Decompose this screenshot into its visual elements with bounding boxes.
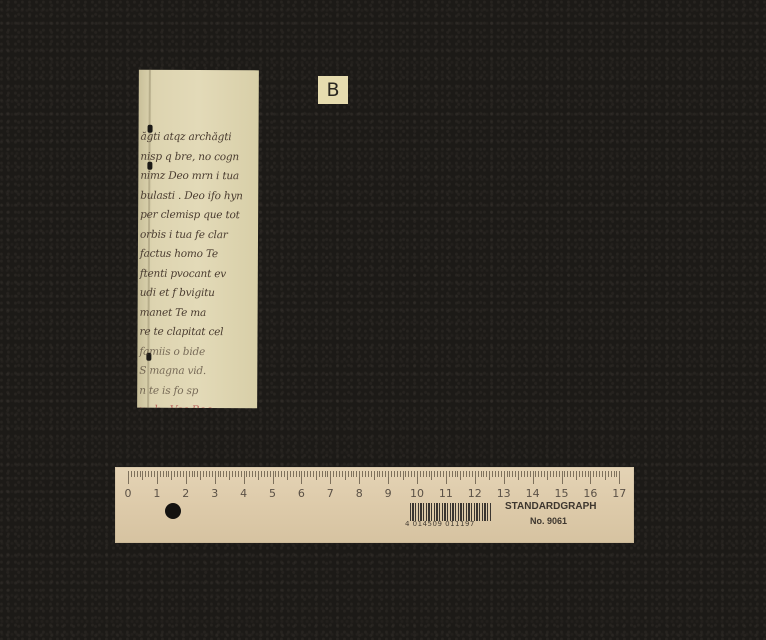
- ruler-number: 12: [468, 487, 482, 500]
- ruler-tick: [339, 471, 340, 477]
- ruler-tick: [325, 471, 326, 477]
- ruler-tick: [374, 471, 375, 480]
- ruler-tick: [605, 471, 606, 480]
- text-line: per clemisp que tot: [138, 206, 258, 226]
- specimen-label: B: [326, 79, 339, 101]
- ruler-number: 2: [182, 487, 189, 500]
- ruler-tick: [296, 471, 297, 477]
- ruler-tick: [313, 471, 314, 477]
- ruler-tick: [232, 471, 233, 477]
- ruler-tick: [258, 471, 259, 480]
- ruler-tick: [518, 471, 519, 480]
- ruler-tick: [180, 471, 181, 477]
- ruler-tick: [209, 471, 210, 477]
- ruler-tick: [140, 471, 141, 477]
- ruler-tick: [449, 471, 450, 477]
- ruler-tick: [478, 471, 479, 477]
- ruler-tick: [157, 471, 158, 484]
- ruler-tick: [596, 471, 597, 477]
- ruler-tick: [463, 471, 464, 477]
- ruler-tick: [134, 471, 135, 477]
- ruler-tick: [252, 471, 253, 477]
- ruler-tick: [327, 471, 328, 477]
- text-line: re te clapitat cel: [137, 323, 257, 343]
- ruler-tick: [365, 471, 366, 477]
- ruler-tick: [429, 471, 430, 477]
- ruler-tick: [148, 471, 149, 477]
- barcode: [410, 503, 492, 521]
- specimen-label-card: B: [318, 76, 348, 104]
- ruler-tick: [275, 471, 276, 477]
- ruler-tick: [501, 471, 502, 477]
- ruler-tick: [200, 471, 201, 480]
- ruler-tick: [212, 471, 213, 477]
- ruler-number: 9: [385, 487, 392, 500]
- ruler-tick: [203, 471, 204, 477]
- ruler-tick: [226, 471, 227, 477]
- ruler-tick: [466, 471, 467, 477]
- ruler-number: 5: [269, 487, 276, 500]
- ruler-number: 0: [125, 487, 132, 500]
- ruler-tick: [538, 471, 539, 477]
- ruler-tick: [553, 471, 554, 477]
- ruler-tick: [611, 471, 612, 477]
- ruler-tick: [215, 471, 216, 484]
- ruler-number: 6: [298, 487, 305, 500]
- ruler-number: 16: [583, 487, 597, 500]
- ruler-tick: [336, 471, 337, 477]
- ruler-number: 7: [327, 487, 334, 500]
- text-line: udi et f bvigitu: [138, 284, 258, 304]
- ruler-tick: [379, 471, 380, 477]
- ruler-model: No. 9061: [530, 516, 567, 526]
- ruler-tick: [151, 471, 152, 477]
- ruler-tick: [197, 471, 198, 477]
- ruler-tick: [437, 471, 438, 477]
- ruler-tick: [348, 471, 349, 477]
- ruler-tick: [255, 471, 256, 477]
- ruler-tick: [316, 471, 317, 480]
- ruler-number: 14: [526, 487, 540, 500]
- ruler-tick: [223, 471, 224, 477]
- ruler-tick: [498, 471, 499, 477]
- ruler-tick: [301, 471, 302, 484]
- ruler-tick: [469, 471, 470, 477]
- manuscript-text: ăgti atqz archăgti nisp q bre, no cogn…: [137, 128, 258, 409]
- ruler-tick: [507, 471, 508, 477]
- ruler-tick: [287, 471, 288, 480]
- ruler-tick: [504, 471, 505, 484]
- ruler-tick: [261, 471, 262, 477]
- scale-ruler: 01234567891011121314151617 4 014509 0111…: [115, 467, 634, 543]
- ruler-tick: [475, 471, 476, 484]
- ruler-tick: [388, 471, 389, 484]
- ruler-tick: [166, 471, 167, 477]
- barcode-number: 4 014509 011197: [405, 520, 475, 528]
- ruler-tick: [186, 471, 187, 484]
- ruler-tick: [590, 471, 591, 484]
- ruler-tick: [128, 471, 129, 484]
- ruler-tick: [417, 471, 418, 484]
- ruler-tick: [394, 471, 395, 477]
- ruler-tick: [495, 471, 496, 477]
- ruler-tick: [368, 471, 369, 477]
- ruler-tick: [434, 471, 435, 477]
- ruler-tick: [411, 471, 412, 477]
- ruler-tick: [582, 471, 583, 477]
- ruler-tick: [174, 471, 175, 477]
- ruler-tick: [547, 471, 548, 480]
- ruler-tick: [264, 471, 265, 477]
- ruler-tick: [244, 471, 245, 484]
- ruler-tick: [512, 471, 513, 477]
- text-line: factus homo Te: [138, 245, 258, 265]
- ruler-tick: [614, 471, 615, 477]
- ruler-tick: [472, 471, 473, 477]
- ruler-tick: [249, 471, 250, 477]
- ruler-tick: [351, 471, 352, 477]
- ruler-tick: [284, 471, 285, 477]
- ruler-tick: [273, 471, 274, 484]
- ruler-tick: [567, 471, 568, 477]
- ruler-tick: [619, 471, 620, 484]
- ruler-tick: [527, 471, 528, 477]
- text-line: n te is fo sp: [137, 381, 257, 401]
- ruler-tick: [405, 471, 406, 477]
- ruler-tick: [278, 471, 279, 477]
- text-line: ftenti pvocant ev: [138, 264, 258, 284]
- text-line: nimz Deo mrn i tua: [138, 167, 258, 187]
- ruler-tick: [310, 471, 311, 477]
- ruler-number: 15: [555, 487, 569, 500]
- ruler-tick: [423, 471, 424, 477]
- ruler-tick: [492, 471, 493, 477]
- ruler-tick: [267, 471, 268, 477]
- ruler-tick: [382, 471, 383, 477]
- ruler-tick: [443, 471, 444, 477]
- ruler-tick: [535, 471, 536, 477]
- ruler-tick: [391, 471, 392, 477]
- ruler-tick: [550, 471, 551, 477]
- ruler-number: 17: [612, 487, 626, 500]
- ruler-tick: [183, 471, 184, 477]
- ruler-brand: STANDARDGRAPH: [505, 501, 596, 512]
- ruler-tick: [293, 471, 294, 477]
- ruler-number: 1: [153, 487, 160, 500]
- ruler-tick: [509, 471, 510, 477]
- ruler-tick: [573, 471, 574, 477]
- ruler-tick: [220, 471, 221, 477]
- ruler-tick: [585, 471, 586, 477]
- ruler-tick: [206, 471, 207, 477]
- ruler-tick: [440, 471, 441, 477]
- ruler-tick: [177, 471, 178, 477]
- ruler-tick: [489, 471, 490, 480]
- ruler-tick: [564, 471, 565, 477]
- ruler-tick: [342, 471, 343, 477]
- ruler-tick: [241, 471, 242, 477]
- ruler-tick: [168, 471, 169, 477]
- ruler-tick: [281, 471, 282, 477]
- manuscript-fragment: ăgti atqz archăgti nisp q bre, no cogn…: [137, 70, 259, 409]
- ruler-tick: [593, 471, 594, 477]
- text-line: bulasti . Deo ifo hyn: [138, 186, 258, 206]
- ruler-tick: [246, 471, 247, 477]
- ruler-number: 4: [240, 487, 247, 500]
- ruler-tick: [608, 471, 609, 477]
- ruler-tick: [131, 471, 132, 477]
- ruler-number: 8: [356, 487, 363, 500]
- ruler-number: 3: [211, 487, 218, 500]
- ruler-tick: [556, 471, 557, 477]
- ruler-tick: [533, 471, 534, 484]
- text-line: famiis o bide: [137, 342, 257, 362]
- ruler-tick: [431, 471, 432, 480]
- ruler-tick: [330, 471, 331, 484]
- ruler-tick: [562, 471, 563, 484]
- ruler-tick: [397, 471, 398, 477]
- ruler-tick: [307, 471, 308, 477]
- ruler-tick: [192, 471, 193, 477]
- ruler-tick: [345, 471, 346, 480]
- text-line: S magna vid.: [137, 362, 257, 382]
- ruler-tick: [353, 471, 354, 477]
- ruler-number: 11: [439, 487, 453, 500]
- ruler-ticks: 01234567891011121314151617: [115, 467, 634, 489]
- ruler-tick: [238, 471, 239, 477]
- ruler-tick: [189, 471, 190, 477]
- ruler-tick: [541, 471, 542, 477]
- ruler-tick: [400, 471, 401, 477]
- ruler-tick: [304, 471, 305, 477]
- ruler-tick: [171, 471, 172, 480]
- ruler-tick: [385, 471, 386, 477]
- ruler-tick: [229, 471, 230, 480]
- ruler-tick: [194, 471, 195, 477]
- ruler-tick: [530, 471, 531, 477]
- ruler-tick: [426, 471, 427, 477]
- ruler-tick: [235, 471, 236, 477]
- ruler-tick: [588, 471, 589, 477]
- ruler-tick: [290, 471, 291, 477]
- ruler-tick: [570, 471, 571, 477]
- ruler-number: 10: [410, 487, 424, 500]
- ruler-tick: [524, 471, 525, 477]
- ruler-tick: [377, 471, 378, 477]
- ruler-tick: [356, 471, 357, 477]
- ruler-tick: [218, 471, 219, 477]
- ruler-tick: [544, 471, 545, 477]
- ruler-number: 13: [497, 487, 511, 500]
- text-line-rubric: x . k . Vsa Reg: [137, 401, 257, 409]
- text-line: manet Te ma: [138, 303, 258, 323]
- text-line: nisp q bre, no cogn: [138, 147, 258, 167]
- ruler-tick: [154, 471, 155, 477]
- ruler-tick: [599, 471, 600, 477]
- ruler-tick: [602, 471, 603, 477]
- ruler-tick: [371, 471, 372, 477]
- ruler-tick: [460, 471, 461, 480]
- ruler-tick: [452, 471, 453, 477]
- ruler-tick: [299, 471, 300, 477]
- ruler-tick: [515, 471, 516, 477]
- ruler-tick: [270, 471, 271, 477]
- text-line: ăgti atqz archăgti: [138, 128, 258, 148]
- ruler-tick: [137, 471, 138, 477]
- ruler-tick: [576, 471, 577, 480]
- ruler-tick: [145, 471, 146, 477]
- ruler-tick: [362, 471, 363, 477]
- ruler-tick: [408, 471, 409, 477]
- ruler-tick: [142, 471, 143, 480]
- ruler-tick: [579, 471, 580, 477]
- ruler-tick: [414, 471, 415, 477]
- ruler-tick: [455, 471, 456, 477]
- ruler-tick: [333, 471, 334, 477]
- ruler-tick: [403, 471, 404, 480]
- ruler-hanging-hole: [165, 503, 181, 519]
- ruler-tick: [446, 471, 447, 484]
- ruler-tick: [420, 471, 421, 477]
- ruler-tick: [163, 471, 164, 477]
- ruler-tick: [521, 471, 522, 477]
- ruler-tick: [457, 471, 458, 477]
- text-line: orbis i tua fe clar: [138, 225, 258, 245]
- ruler-tick: [616, 471, 617, 477]
- ruler-tick: [322, 471, 323, 477]
- ruler-tick: [481, 471, 482, 477]
- ruler-tick: [559, 471, 560, 477]
- ruler-tick: [319, 471, 320, 477]
- ruler-tick: [160, 471, 161, 477]
- ruler-tick: [483, 471, 484, 477]
- ruler-tick: [486, 471, 487, 477]
- ruler-tick: [359, 471, 360, 484]
